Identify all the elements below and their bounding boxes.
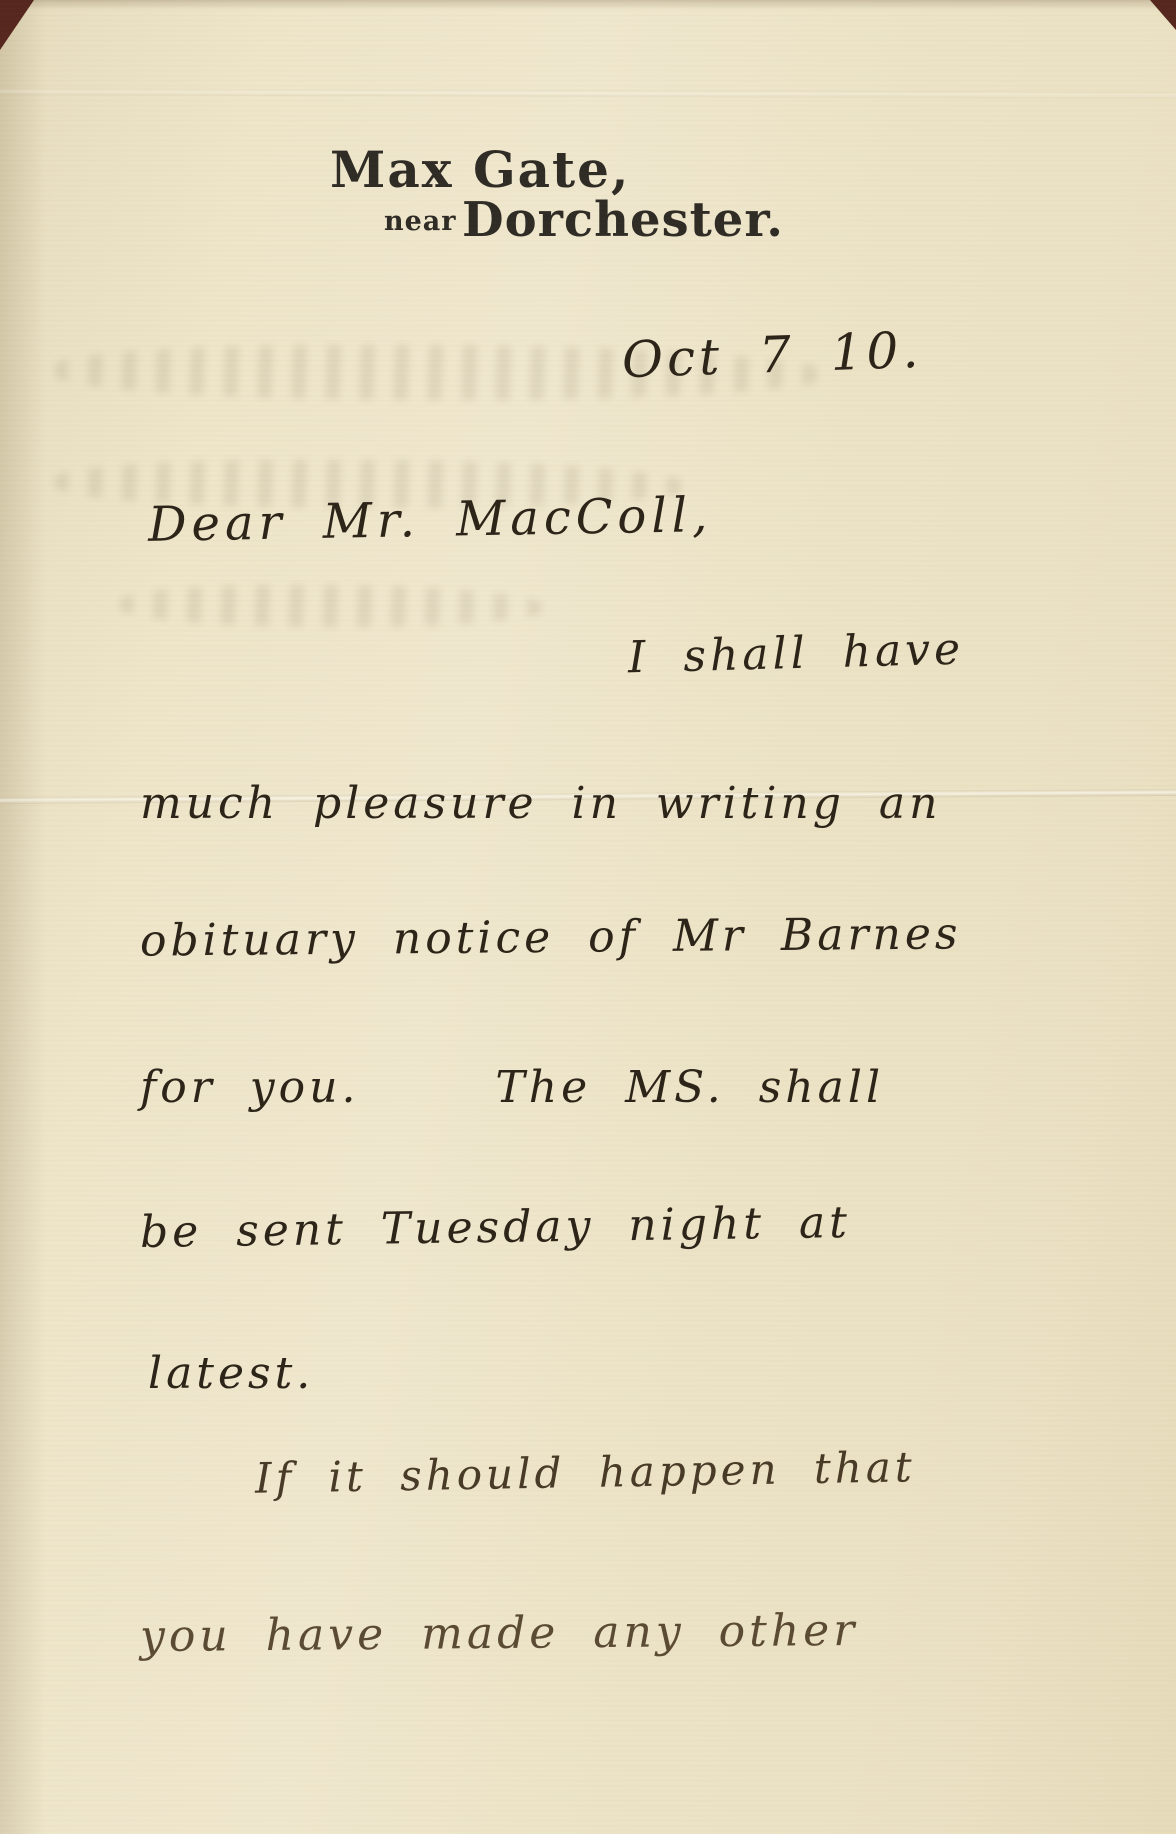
body-line: obituary notice of Mr Barnes [140,908,962,966]
body-line: If it should happen that [255,1442,916,1503]
body-line: be sent Tuesday night at [140,1197,852,1258]
letterhead-near-label: near [384,206,457,237]
backing-corner-top-right [1150,0,1176,30]
body-line: latest. [148,1348,314,1399]
show-through-ghost [120,585,550,627]
left-edge-shadow [0,0,46,1834]
body-line: you have made any other [140,1605,859,1662]
fold-crease-upper [0,88,1176,99]
body-line: I shall have [627,624,964,684]
letterhead-place: Max Gate, [330,140,630,199]
letter-scan-page: Max Gate, near Dorchester. Oct 7 10. Dea… [0,0,1176,1834]
salutation: Dear Mr. MacColl, [148,487,713,553]
body-line: for you. The MS. shall [140,1062,884,1113]
letterhead-town: Dorchester. [462,192,784,248]
body-line: much pleasure in writing an [140,778,942,829]
handwritten-date: Oct 7 10. [621,321,923,389]
top-edge-shadow [0,0,1176,10]
